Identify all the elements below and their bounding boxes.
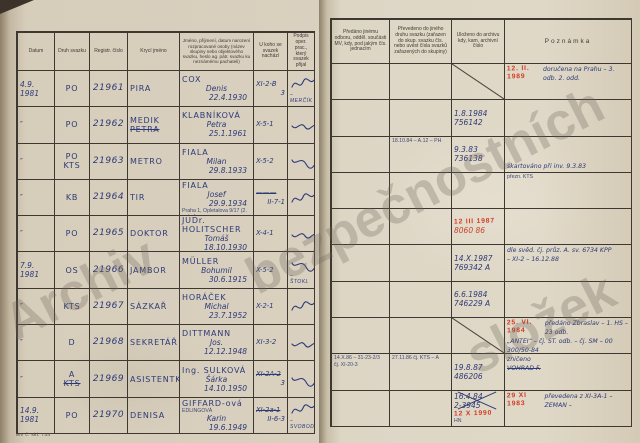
prijmeni-text: FIALA xyxy=(182,148,251,157)
poznamka-text: zničeno xyxy=(507,355,629,364)
cell-druh-svazku: OS xyxy=(55,252,90,288)
u-koho-text: XI-2A-2 xyxy=(256,370,285,379)
prijmeni-text: JUDr. HOLITSCHER xyxy=(182,216,251,234)
u-koho-text: X-4-1 xyxy=(256,229,285,238)
signature-scribble xyxy=(290,74,315,92)
note-stamp-row: 29 XI 1983převedena z XI-3A-1 – ZEMAN – xyxy=(507,392,629,410)
archiv-text: 756142 xyxy=(454,118,502,127)
cell-predano xyxy=(332,391,390,427)
archiv-text: 6.6.1984 xyxy=(454,290,502,299)
cell-druh-svazku: PO xyxy=(55,107,90,143)
cell-poznamka: 29 XI 1983převedena z XI-3A-1 – ZEMAN – xyxy=(505,391,632,427)
cell-kryci-jmeno: DOKTOR xyxy=(128,216,180,252)
registr-cislo-text: 21962 xyxy=(93,120,124,129)
cell-kryci-jmeno: TIR xyxy=(128,180,180,216)
cell-prevedeno xyxy=(390,245,452,281)
col-header-poznamka: Poznámka xyxy=(505,20,632,64)
poznamka-text: doručena na Prahu – 3. odb. 2. odd. xyxy=(543,65,629,83)
col-header-registr-cislo: Registr. číslo xyxy=(90,33,128,71)
archiv-cislo-red: 8060 86 xyxy=(454,226,502,235)
cell-u-koho: XI-3-2 xyxy=(254,325,288,361)
cell-ulozeno-archiv: 16.4.842-394512 X 1990HN xyxy=(452,391,505,427)
datum-text: ″ xyxy=(20,193,52,202)
cell-jmeno: DITTMANNJos.12.12.1948 xyxy=(180,325,254,361)
kryci-jmeno-text: SÁZKAŘ xyxy=(130,302,177,311)
cell-jmeno: MÜLLERBohumil30.6.1915 xyxy=(180,252,254,288)
poznamka-text: dle svěd. čj. průz. A. sv. 6734 KPP xyxy=(507,246,629,255)
cell-datum: ″ xyxy=(18,361,55,397)
cell-ulozeno-archiv xyxy=(452,318,505,354)
signature-scribble xyxy=(290,334,315,352)
archiv-text: 746229 A xyxy=(454,299,502,308)
archiv-text: 769342 A xyxy=(454,263,502,272)
krestni-jmeno-text: Petra xyxy=(207,120,227,129)
cell-druh-svazku: KB xyxy=(55,180,90,216)
cell-poznamka: 12. II. 1989doručena na Prahu – 3. odb. … xyxy=(505,64,632,100)
registr-cislo-text: 21961 xyxy=(93,84,124,93)
cell-registr-cislo: 21968 xyxy=(90,325,128,361)
krestni-jmeno-text: Tomáš xyxy=(204,234,228,243)
poznamka-text: předáno Zbraslav – 1. HS – 23 odb. xyxy=(545,319,629,337)
cell-podpis xyxy=(288,325,315,361)
poznamka-text: skartováno při inv. 9.3.83 xyxy=(507,162,629,171)
cell-poznamka: skartováno při inv. 9.3.83 xyxy=(505,137,632,173)
cell-prevedeno xyxy=(390,64,452,100)
poznamka-text: převedena z XI-3A-1 – ZEMAN – xyxy=(544,392,629,410)
cell-podpis xyxy=(288,107,315,143)
cell-predano xyxy=(332,318,390,354)
cell-ulozeno-archiv xyxy=(452,64,505,100)
kryci-jmeno-text: PIRA xyxy=(130,84,177,93)
prevedeno-text: 18.10.84 – A.12 – PH xyxy=(392,138,449,144)
u-koho-text: X-2-1 xyxy=(256,302,285,311)
krestni-jmeno-text: Denis xyxy=(206,84,227,93)
cell-podpis xyxy=(288,180,315,216)
datum-narozeni-text: 19.6.1949 xyxy=(209,423,247,432)
cell-prevedeno xyxy=(390,100,452,136)
cell-druh-svazku: POKTS xyxy=(55,144,90,180)
cell-jmeno: COXDenis22.4.1930 xyxy=(180,71,254,107)
datum-text: ″ xyxy=(20,375,52,384)
cell-kryci-jmeno: MEDIKPETRA xyxy=(128,107,180,143)
kryci-jmeno-text: PETRA xyxy=(130,125,177,134)
note-stamp-row: 12. II. 1989doručena na Prahu – 3. odb. … xyxy=(507,65,629,83)
druh-text: KTS xyxy=(64,161,81,170)
registr-cislo-text: 21968 xyxy=(93,338,124,347)
cell-ulozeno-archiv: 12 III 19878060 86 xyxy=(452,209,505,245)
kryci-jmeno-text: JAMBOR xyxy=(130,266,177,275)
datum-text: ″ xyxy=(20,338,52,347)
krestni-jmeno-text: Milan xyxy=(207,157,227,166)
cell-registr-cislo: 21970 xyxy=(90,398,128,434)
col-header-prevedeno: Převedeno do jiného druhu svazku (zařaze… xyxy=(390,20,452,64)
cell-datum: 4.9.1981 xyxy=(18,71,55,107)
cell-predano xyxy=(332,245,390,281)
krestni-jmeno-text: Šárka xyxy=(206,375,227,384)
datum-narozeni-text: 18.10.1930 xyxy=(204,243,247,252)
cell-kryci-jmeno: SÁZKAŘ xyxy=(128,289,180,325)
cell-u-koho: ———II-7-1 xyxy=(254,180,288,216)
datum-text: ″ xyxy=(20,302,52,311)
cell-poznamka: zničenoVOHRAD F. xyxy=(505,354,632,390)
cell-poznamka: přezn. KTS xyxy=(505,173,632,209)
signature-scribble xyxy=(290,400,315,418)
cell-poznamka xyxy=(505,100,632,136)
datum-narozeni-text: 25.1.1961 xyxy=(209,129,247,138)
datum-text: ″ xyxy=(20,120,52,129)
signature-scribble xyxy=(290,297,315,315)
cell-u-koho: X-4-1 xyxy=(254,216,288,252)
prijmeni-text: DITTMANN xyxy=(182,329,251,338)
kryci-jmeno-text: SEKRETÁŘ xyxy=(130,338,177,347)
archiv-text: 486206 xyxy=(454,372,502,381)
archive-date-stamp: 12 X 1990 xyxy=(454,410,502,419)
datum-text: 4.9. xyxy=(20,80,52,89)
cell-datum: ″ xyxy=(18,107,55,143)
cell-jmeno: JUDr. HOLITSCHERTomáš18.10.1930 xyxy=(180,216,254,252)
registr-cislo-text: 21963 xyxy=(93,157,124,166)
archiv-text: 19.8.87 xyxy=(454,363,502,372)
signature-name: – ŠTOKL xyxy=(290,273,312,285)
cell-poznamka xyxy=(505,282,632,318)
cell-prevedeno xyxy=(390,209,452,245)
datum-narozeni-text: 30.6.1915 xyxy=(209,275,247,284)
cell-ulozeno-archiv xyxy=(452,173,505,209)
cell-datum: ″ xyxy=(18,216,55,252)
cell-predano xyxy=(332,282,390,318)
registr-cislo-text: 21967 xyxy=(93,302,124,311)
u-koho-text: ——— xyxy=(256,189,285,198)
cell-predano xyxy=(332,173,390,209)
cell-datum: 7.9.1981 xyxy=(18,252,55,288)
cell-u-koho: X-5-1 xyxy=(254,107,288,143)
page-corner-shadow xyxy=(0,0,34,14)
registr-cislo-text: 21965 xyxy=(93,229,124,238)
col-header-podpis: Podpis oper. prac., který svazek přijal xyxy=(288,33,315,71)
cell-registr-cislo: 21964 xyxy=(90,180,128,216)
poznamka-text: „ANTEI“ – čj. ST. odb. – čj. SM – 00 300… xyxy=(507,337,629,354)
cell-prevedeno xyxy=(390,391,452,427)
archiv-initials: HN xyxy=(454,418,502,424)
prijmeni-text: COX xyxy=(182,75,251,84)
cell-predano xyxy=(332,100,390,136)
note-date-stamp: 12. II. 1989 xyxy=(507,65,541,82)
col-header-ulozeno: Uloženo do archivu kdy, kam, archivní čí… xyxy=(452,20,505,64)
signature-scribble xyxy=(290,116,315,134)
u-koho-text: XI-2-B xyxy=(256,80,285,89)
krestni-jmeno-text: Karin xyxy=(207,414,226,423)
registr-cislo-text: 21966 xyxy=(93,266,124,275)
cell-druh-svazku: KTS xyxy=(55,289,90,325)
registr-cislo-text: 21970 xyxy=(93,411,124,420)
cell-datum: ″ xyxy=(18,325,55,361)
cell-podpis xyxy=(288,361,315,397)
left-register-table: Datum Druh svazku Registr. číslo Krycí j… xyxy=(16,31,315,434)
cell-podpis xyxy=(288,216,315,252)
druh-text: KTS xyxy=(64,302,81,311)
datum-text: 1981 xyxy=(20,415,52,424)
datum-text: 1981 xyxy=(20,89,52,98)
cell-ulozeno-archiv: 1.8.1984756142 xyxy=(452,100,505,136)
datum-narozeni-text: 22.4.1930 xyxy=(209,93,247,102)
signature-scribble xyxy=(290,189,315,207)
datum-narozeni-text: 14.10.1950 xyxy=(204,384,247,393)
druh-text: PO xyxy=(66,229,79,238)
krestni-jmeno-text: Bohumil xyxy=(201,266,232,275)
cell-kryci-jmeno: PIRA xyxy=(128,71,180,107)
datum-text: 1981 xyxy=(20,270,52,279)
registr-cislo-text: 21969 xyxy=(93,375,124,384)
druh-text: KB xyxy=(66,193,78,202)
prijmeni-text: Ing. SULKOVÁ xyxy=(182,366,251,375)
col-header-druh-svazku: Druh svazku xyxy=(55,33,90,71)
krestni-jmeno-text: Jos. xyxy=(210,338,223,347)
signature-name: – MERČÍK xyxy=(290,92,312,104)
cell-poznamka: dle svěd. čj. průz. A. sv. 6734 KPP– XI-… xyxy=(505,245,632,281)
prijmeni-text: KLABNÍKOVÁ xyxy=(182,111,251,120)
u-koho-text: II-6-3 xyxy=(267,415,285,424)
cell-ulozeno-archiv: 6.6.1984746229 A xyxy=(452,282,505,318)
kryci-jmeno-text: TIR xyxy=(130,193,177,202)
poznamka-text: – XI-2 – 16.12.88 xyxy=(507,255,629,264)
kryci-jmeno-text: METRO xyxy=(130,157,177,166)
cell-u-koho: X-2-1 xyxy=(254,289,288,325)
cell-jmeno: FIALAJosef29.9.1934Praha 1, Opletalova 9… xyxy=(180,180,254,216)
note-stamp-row: 25. VI. 1984předáno Zbraslav – 1. HS – 2… xyxy=(507,319,629,337)
u-koho-text: 3 xyxy=(281,379,285,388)
u-koho-text: X-5-1 xyxy=(256,120,285,129)
signature-scribble xyxy=(290,370,315,388)
cell-registr-cislo: 21969 xyxy=(90,361,128,397)
druh-text: KTS xyxy=(64,379,81,388)
crossed-out-entry: 16.4.842-3945 xyxy=(454,392,502,410)
cell-druh-svazku: PO xyxy=(55,216,90,252)
datum-text: ″ xyxy=(20,229,52,238)
cell-prevedeno: 18.10.84 – A.12 – PH xyxy=(390,137,452,173)
kryci-jmeno-text: DENISA xyxy=(130,411,177,420)
cell-jmeno: Ing. SULKOVÁŠárka14.10.1950 xyxy=(180,361,254,397)
cell-prevedeno xyxy=(390,282,452,318)
archiv-text: 736138 xyxy=(454,154,502,163)
cell-druh-svazku: D xyxy=(55,325,90,361)
scanned-register-spread: Datum Druh svazku Registr. číslo Krycí j… xyxy=(0,0,640,443)
cell-predano xyxy=(332,64,390,100)
cell-ulozeno-archiv: 9.3.83736138 xyxy=(452,137,505,173)
col-header-predano: Předáno jinému odboru, odděl. součásti M… xyxy=(332,20,390,64)
poznamka-text: VOHRAD F. xyxy=(507,364,629,373)
druh-text: A xyxy=(69,370,75,379)
cell-predano xyxy=(332,137,390,173)
signature-scribble xyxy=(290,255,315,273)
cell-ulozeno-archiv: 19.8.87486206 xyxy=(452,354,505,390)
cell-registr-cislo: 21963 xyxy=(90,144,128,180)
cell-podpis xyxy=(288,289,315,325)
cell-druh-svazku: PO xyxy=(55,71,90,107)
u-koho-text: XI-3-2 xyxy=(256,338,285,347)
prevedeno-text: 27.11.86 čj. KTS – A xyxy=(392,355,449,361)
cell-registr-cislo: 21961 xyxy=(90,71,128,107)
cell-kryci-jmeno: ASISTENTKA xyxy=(128,361,180,397)
cell-registr-cislo: 21965 xyxy=(90,216,128,252)
datum-text: ″ xyxy=(20,157,52,166)
prijmeni-text: GIFFARD-ová xyxy=(182,399,251,408)
cell-u-koho: X-5-2 xyxy=(254,252,288,288)
u-koho-text: 3 xyxy=(281,89,285,98)
cell-u-koho: XI-2-B3 xyxy=(254,71,288,107)
cell-registr-cislo: 21966 xyxy=(90,252,128,288)
cell-jmeno: HORÁČEKMichal23.7.1952 xyxy=(180,289,254,325)
u-koho-text: II-7-1 xyxy=(267,198,285,207)
adresa-text: Praha 1, Opletalova 9/17 (2. patro) xyxy=(182,208,251,216)
druh-text: OS xyxy=(66,266,79,275)
col-header-u-koho: U koho se svazek nachází xyxy=(254,33,288,71)
note-date-stamp: 25. VI. 1984 xyxy=(507,319,543,336)
cell-ulozeno-archiv: 14.X.1987769342 A xyxy=(452,245,505,281)
cell-poznamka: 25. VI. 1984předáno Zbraslav – 1. HS – 2… xyxy=(505,318,632,354)
cell-kryci-jmeno: METRO xyxy=(128,144,180,180)
datum-narozeni-text: 23.7.1952 xyxy=(209,311,247,320)
prijmeni-text: FIALA xyxy=(182,181,251,190)
signature-scribble xyxy=(290,225,315,243)
prijmeni-text: MÜLLER xyxy=(182,257,251,266)
cell-podpis: – SVOBODA xyxy=(288,398,315,434)
cell-jmeno: KLABNÍKOVÁPetra25.1.1961 xyxy=(180,107,254,143)
krestni-jmeno-text: Michal xyxy=(204,302,228,311)
cell-registr-cislo: 21962 xyxy=(90,107,128,143)
form-number: MV č. skl. 734 xyxy=(16,433,50,438)
cell-datum: ″ xyxy=(18,180,55,216)
kryci-jmeno-text: ASISTENTKA xyxy=(130,375,177,384)
cell-kryci-jmeno: JAMBOR xyxy=(128,252,180,288)
cell-u-koho: XI-2A-23 xyxy=(254,361,288,397)
cell-podpis: – MERČÍK xyxy=(288,71,315,107)
prijmeni-text: HORÁČEK xyxy=(182,293,251,302)
druh-text: PO xyxy=(66,411,79,420)
archiv-text: 16.4.84 xyxy=(454,392,502,401)
archiv-text: 14.X.1987 xyxy=(454,254,502,263)
druh-text: PO xyxy=(66,120,79,129)
kryci-jmeno-text: MEDIK xyxy=(130,116,177,125)
cell-kryci-jmeno: DENISA xyxy=(128,398,180,434)
col-header-kryci-jmeno: Krycí jméno xyxy=(128,33,180,71)
cell-datum: ″ xyxy=(18,144,55,180)
druh-text: D xyxy=(69,338,76,347)
cell-jmeno: GIFFARD-ováEDLINGOVÁKarin19.6.1949 xyxy=(180,398,254,434)
cell-predano: 14.X.86 – 31-23-2/3čj. XI-20-3 xyxy=(332,354,390,390)
signature-name: – SVOBODA xyxy=(290,418,312,430)
note-date-stamp: 29 XI 1983 xyxy=(507,391,543,408)
u-koho-text: XI-2a-1 xyxy=(256,406,285,415)
datum-text: 14.9. xyxy=(20,406,52,415)
archiv-text: 9.3.83 xyxy=(454,145,502,154)
druh-text: PO xyxy=(66,152,79,161)
cell-poznamka xyxy=(505,209,632,245)
u-koho-text: X-5-2 xyxy=(256,266,285,275)
cell-prevedeno xyxy=(390,173,452,209)
cell-registr-cislo: 21967 xyxy=(90,289,128,325)
cell-datum: 14.9.1981 xyxy=(18,398,55,434)
poznamka-text: přezn. KTS xyxy=(507,174,629,180)
datum-narozeni-text: 29.9.1934 xyxy=(209,199,247,208)
predano-text: čj. XI-20-3 xyxy=(334,362,387,368)
cell-u-koho: X-5-2 xyxy=(254,144,288,180)
archiv-text: 1.8.1984 xyxy=(454,109,502,118)
krestni-jmeno-text: Josef xyxy=(208,190,226,199)
datum-narozeni-text: 29.8.1933 xyxy=(209,166,247,175)
col-header-datum: Datum xyxy=(18,33,55,71)
cell-u-koho: XI-2a-1II-6-3 xyxy=(254,398,288,434)
cell-podpis xyxy=(288,144,315,180)
right-register-table: Předáno jinému odboru, odděl. součásti M… xyxy=(330,18,632,427)
kryci-jmeno-text: DOKTOR xyxy=(130,229,177,238)
cell-datum: ″ xyxy=(18,289,55,325)
cell-prevedeno xyxy=(390,318,452,354)
datum-narozeni-text: 12.12.1948 xyxy=(204,347,247,356)
cell-prevedeno: 27.11.86 čj. KTS – A xyxy=(390,354,452,390)
u-koho-text: X-5-2 xyxy=(256,157,285,166)
cell-kryci-jmeno: SEKRETÁŘ xyxy=(128,325,180,361)
druh-text: PO xyxy=(66,84,79,93)
signature-scribble xyxy=(290,152,315,170)
registr-cislo-text: 21964 xyxy=(93,193,124,202)
cell-druh-svazku: PO xyxy=(55,398,90,434)
cell-podpis: – ŠTOKL xyxy=(288,252,315,288)
col-header-jmeno-prijmeni: Jméno, příjmení, datum narození rozpraco… xyxy=(180,33,254,71)
cell-druh-svazku: AKTS xyxy=(55,361,90,397)
cell-predano xyxy=(332,209,390,245)
datum-text: 7.9. xyxy=(20,261,52,270)
cell-jmeno: FIALAMilan29.8.1933 xyxy=(180,144,254,180)
